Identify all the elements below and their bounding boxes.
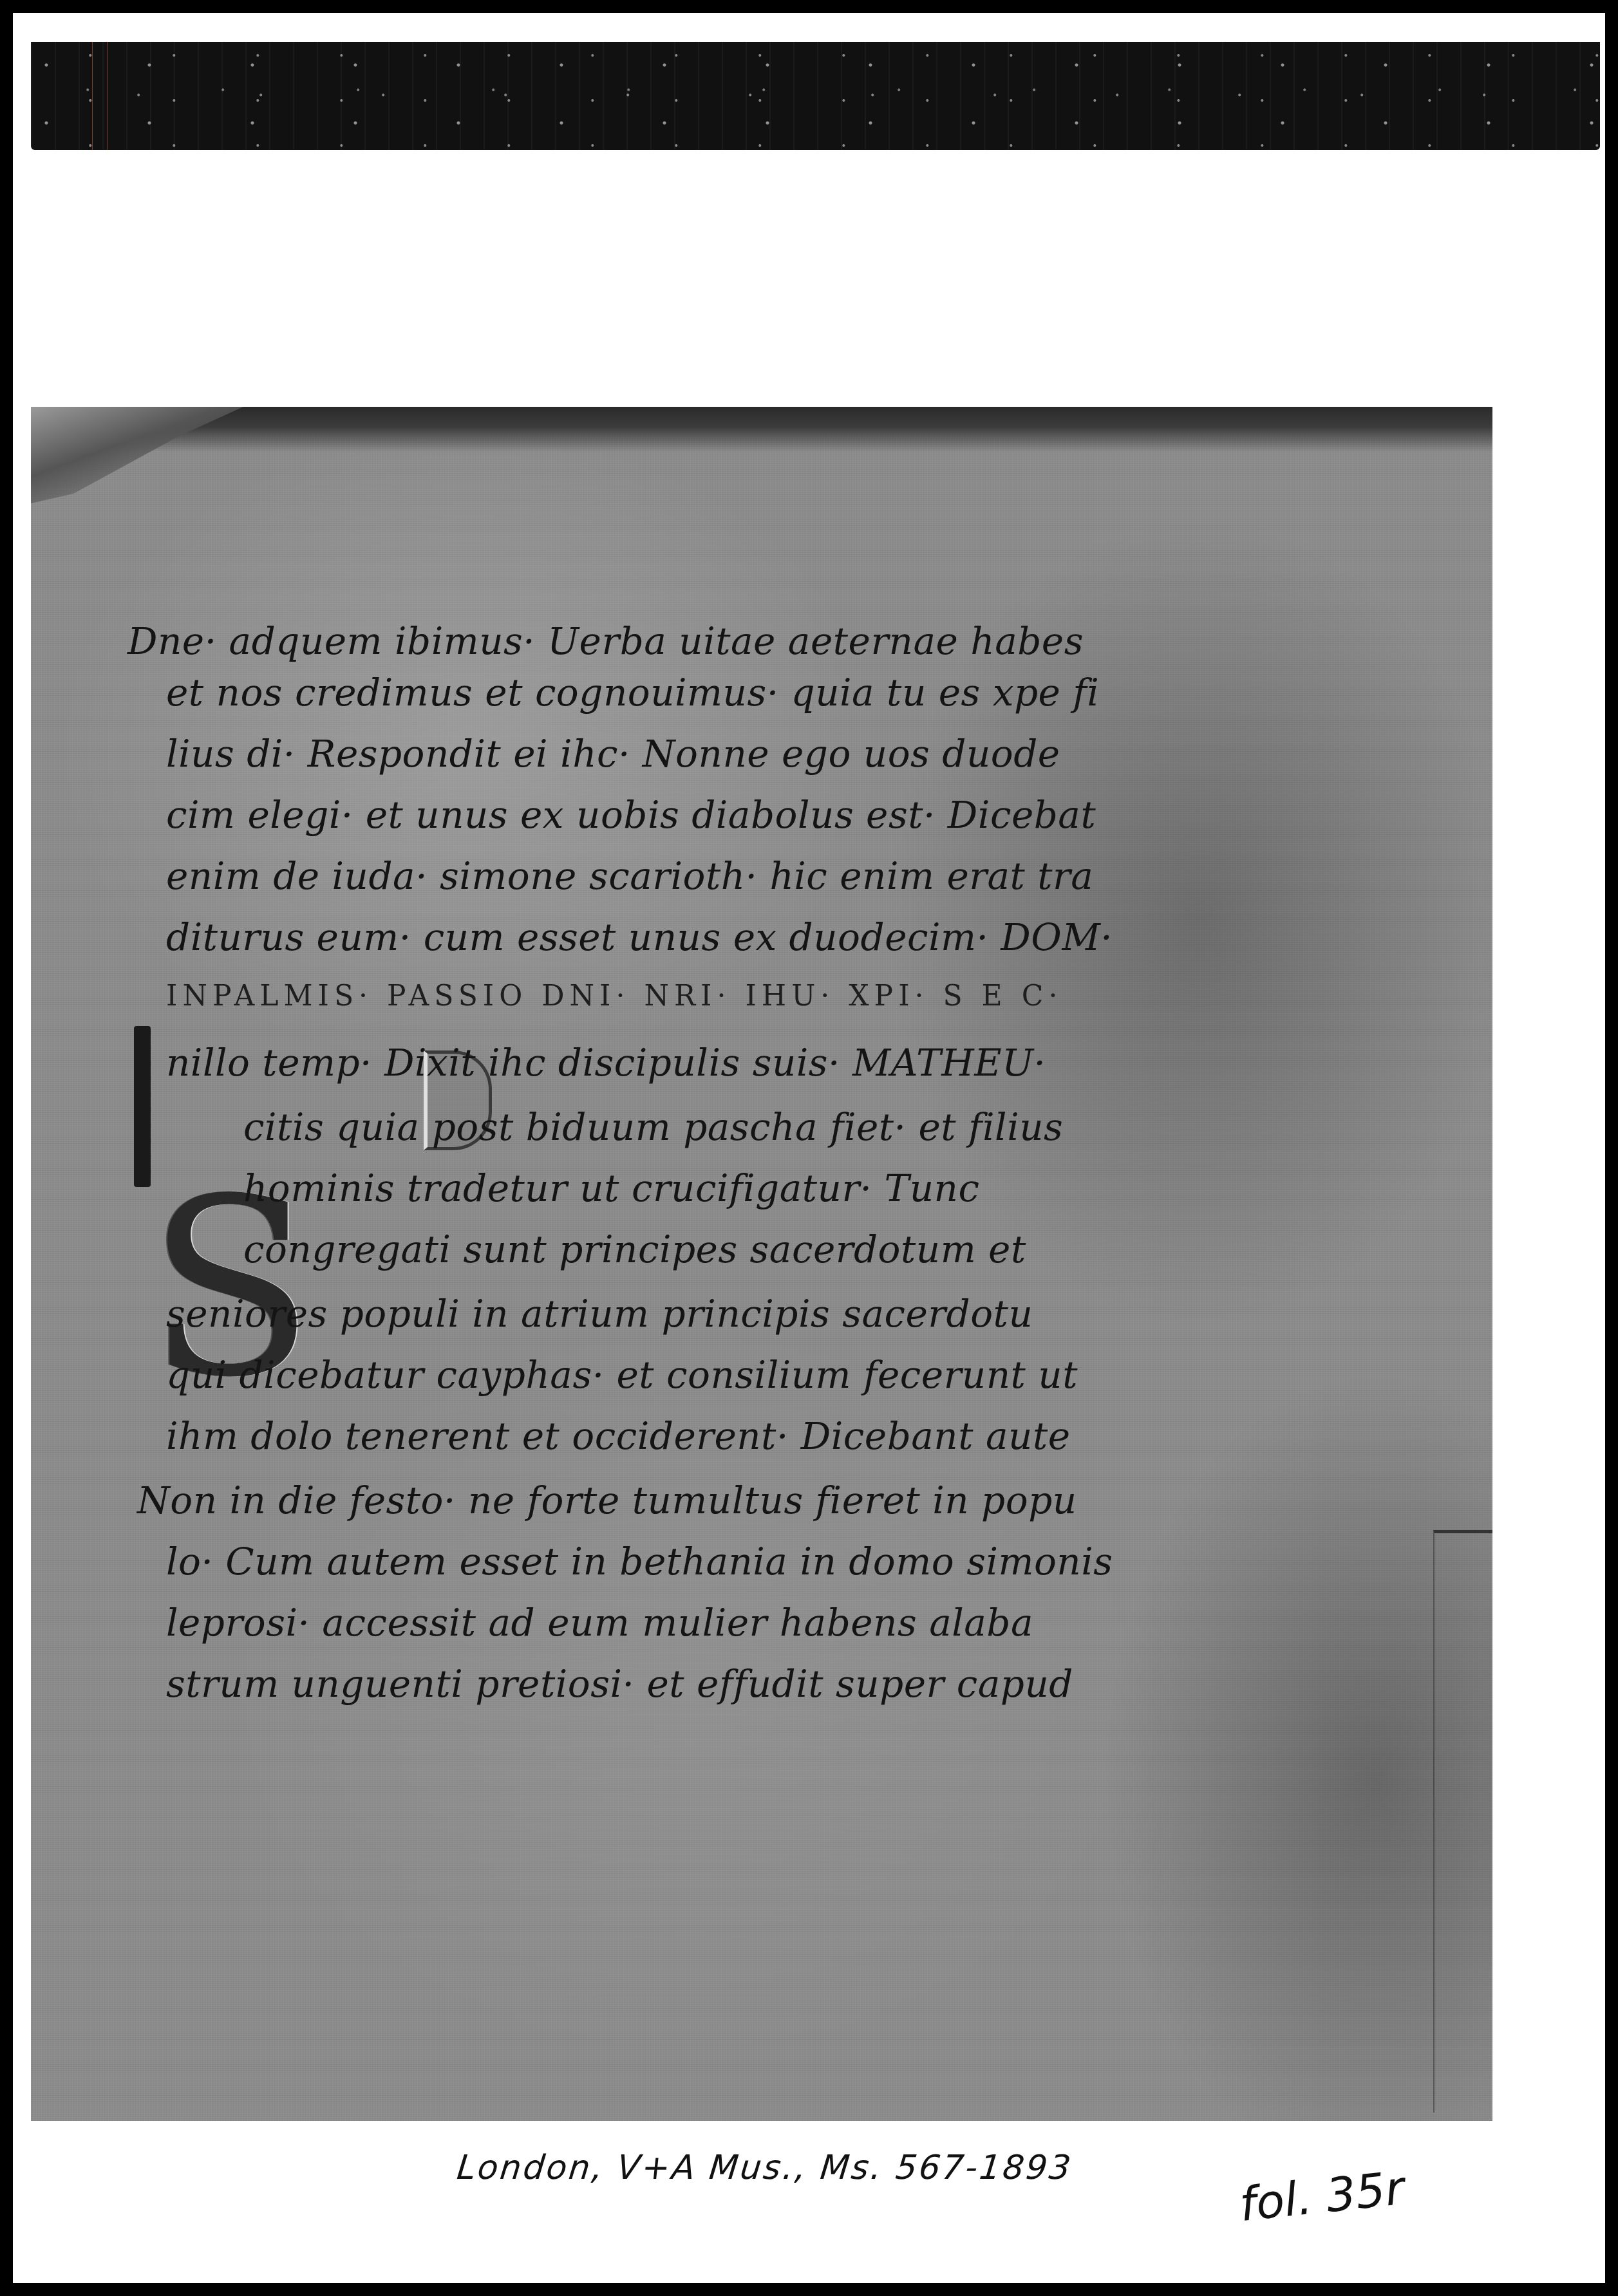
manuscript-line: seniores populi in atrium principis sace… [166, 1292, 1033, 1336]
manuscript-line: cim elegi· et unus ex uobis diabolus est… [166, 793, 1096, 837]
manuscript-line: nillo temp· Dixit ihc discipulis suis· M… [166, 1041, 1046, 1085]
paper-sheet: S Dne· adquem ibimus· Uerba uitae aetern… [13, 13, 1605, 2283]
handwritten-folio-number: fol. 35r [1237, 2161, 1407, 2232]
manuscript-line: diturus eum· cum esset unus ex duodecim·… [166, 915, 1113, 959]
manuscript-line: lius di· Respondit ei ihc· Nonne ego uos… [166, 732, 1060, 776]
manuscript-line: Dne· adquem ibimus· Uerba uitae aeternae… [127, 619, 1084, 663]
manuscript-line: strum unguenti pretiosi· et effudit supe… [166, 1662, 1073, 1706]
strip-rule-line [92, 42, 93, 150]
manuscript-line: congregati sunt principes sacerdotum et [243, 1227, 1026, 1271]
manuscript-line: citis quia post biduum pascha fiet· et f… [243, 1105, 1063, 1149]
manuscript-line: et nos credimus et cognouimus· quia tu e… [166, 671, 1099, 714]
handwritten-shelfmark: London, V+A Mus., Ms. 567-1893 [455, 2149, 1075, 2187]
manuscript-line: Non in die festo· ne forte tumultus fier… [137, 1479, 1077, 1522]
manuscript-line: leprosi· accessit ad eum mulier habens a… [166, 1601, 1033, 1645]
page-top-edge-shadow [31, 407, 1492, 452]
manuscript-rubric-line: INPALMIS· PASSIO DNI· NRI· IHU· XPI· S E… [166, 980, 1062, 1013]
manuscript-line: lo· Cum autem esset in bethania in domo … [166, 1540, 1113, 1583]
manuscript-line: ihm dolo tenerent et occiderent· Diceban… [166, 1414, 1071, 1458]
manuscript-line: qui dicebatur cayphas· et consilium fece… [166, 1353, 1078, 1397]
page-edge-tab [1433, 1530, 1492, 2113]
manuscript-line: enim de iuda· simone scarioth· hic enim … [166, 854, 1093, 898]
manuscript-line: hominis tradetur ut crucifigatur· Tunc [243, 1166, 979, 1210]
manuscript-photo: S Dne· adquem ibimus· Uerba uitae aetern… [31, 407, 1492, 2121]
strip-rule-line [107, 42, 108, 150]
scanner-edge-strip [31, 42, 1600, 150]
page-corner-fold [31, 407, 243, 503]
